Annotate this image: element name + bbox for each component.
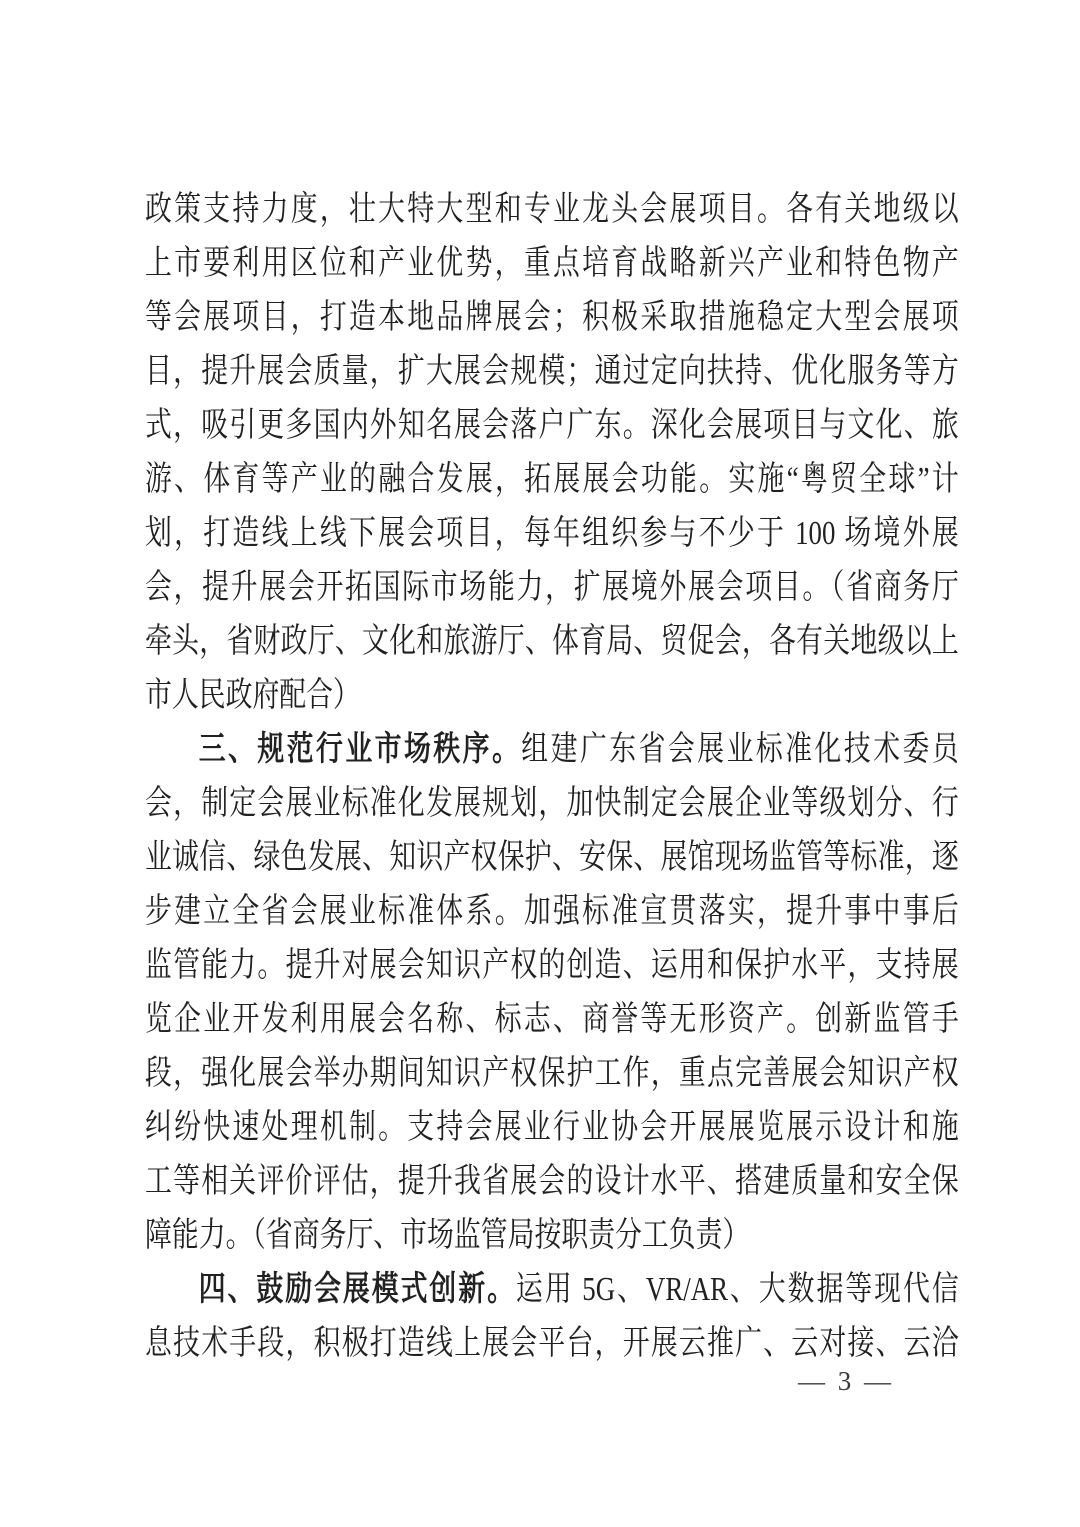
text-line-content: 政策支持力度，壮大特大型和专业龙头会展项目。各有关地级以 (145, 191, 959, 228)
text-line: 工等相关评价评估，提升我省展会的设计水平、搭建质量和安全保 (145, 1155, 959, 1209)
text-line-content: 组建广东省会展业标准化技术委员 (521, 731, 958, 768)
text-line-content: 运用 5G、VR/AR、大数据等现代信 (516, 1271, 959, 1308)
section-3-heading: 三、规范行业市场秩序。 (199, 731, 522, 768)
text-line-content: 障能力。（省商务厅、市场监管局按职责分工负责） (145, 1217, 749, 1254)
text-line: 段，强化展会举办期间知识产权保护工作，重点完善展会知识产权 (145, 1047, 959, 1101)
text-line-content: 上市要利用区位和产业优势，重点培育战略新兴产业和特色物产 (145, 245, 959, 282)
text-line-content: 牵头，省财政厅、文化和旅游厅、体育局、贸促会，各有关地级以上 (145, 623, 959, 660)
text-line-content: 息技术手段，积极打造线上展会平台，开展云推广、云对接、云洽 (145, 1325, 959, 1362)
text-line: 式，吸引更多国内外知名展会落户广东。深化会展项目与文化、旅 (145, 399, 959, 453)
text-line: 业诚信、绿色发展、知识产权保护、安保、展馆现场监管等标准，逐 (145, 831, 959, 885)
text-line-content: 式，吸引更多国内外知名展会落户广东。深化会展项目与文化、旅 (145, 407, 959, 444)
text-line-content: 等会展项目，打造本地品牌展会；积极采取措施稳定大型会展项 (145, 299, 959, 336)
text-line-content: 览企业开发利用展会名称、标志、商誉等无形资产。创新监管手 (145, 1001, 959, 1038)
text-line: 等会展项目，打造本地品牌展会；积极采取措施稳定大型会展项 (145, 291, 959, 345)
text-line-content: 游、体育等产业的融合发展，拓展展会功能。实施“粤贸全球”计 (145, 461, 959, 498)
text-line-section-4: 四、鼓励会展模式创新。运用 5G、VR/AR、大数据等现代信 (145, 1263, 959, 1317)
text-line: 息技术手段，积极打造线上展会平台，开展云推广、云对接、云洽 (145, 1317, 959, 1371)
text-line: 上市要利用区位和产业优势，重点培育战略新兴产业和特色物产 (145, 237, 959, 291)
text-line: 监管能力。提升对展会知识产权的创造、运用和保护水平，支持展 (145, 939, 959, 993)
text-line-content: 纠纷快速处理机制。支持会展业行业协会开展展览展示设计和施 (145, 1109, 959, 1146)
text-line-content: 步建立全省会展业标准体系。加强标准宣贯落实，提升事中事后 (145, 893, 959, 930)
text-line: 划，打造线上线下展会项目，每年组织参与不少于 100 场境外展 (145, 507, 959, 561)
text-line: 牵头，省财政厅、文化和旅游厅、体育局、贸促会，各有关地级以上 (145, 615, 959, 669)
text-line-content: 段，强化展会举办期间知识产权保护工作，重点完善展会知识产权 (145, 1055, 959, 1092)
page-number: — 3 — (798, 1364, 894, 1398)
text-line-content: 工等相关评价评估，提升我省展会的设计水平、搭建质量和安全保 (145, 1163, 959, 1200)
section-4-heading: 四、鼓励会展模式创新。 (199, 1271, 516, 1308)
text-line-paragraph-end: 市人民政府配合） (145, 669, 959, 723)
text-line: 目，提升展会质量，扩大展会规模；通过定向扶持、优化服务等方 (145, 345, 959, 399)
document-page: 政策支持力度，壮大特大型和专业龙头会展项目。各有关地级以 上市要利用区位和产业优… (0, 0, 1080, 1527)
text-line: 步建立全省会展业标准体系。加强标准宣贯落实，提升事中事后 (145, 885, 959, 939)
text-line: 览企业开发利用展会名称、标志、商誉等无形资产。创新监管手 (145, 993, 959, 1047)
text-line-content: 市人民政府配合） (145, 677, 360, 714)
text-line: 会，制定会展业标准化发展规划，加快制定会展企业等级划分、行 (145, 777, 959, 831)
text-line-content: 监管能力。提升对展会知识产权的创造、运用和保护水平，支持展 (145, 947, 959, 984)
text-line-content: 目，提升展会质量，扩大展会规模；通过定向扶持、优化服务等方 (145, 353, 959, 390)
text-line-content: 会，制定会展业标准化发展规划，加快制定会展企业等级划分、行 (145, 785, 959, 822)
text-line: 游、体育等产业的融合发展，拓展展会功能。实施“粤贸全球”计 (145, 453, 959, 507)
text-line-content: 会，提升展会开拓国际市场能力，扩展境外展会项目。（省商务厅 (145, 569, 959, 606)
text-line-paragraph-end: 障能力。（省商务厅、市场监管局按职责分工负责） (145, 1209, 959, 1263)
text-line: 政策支持力度，壮大特大型和专业龙头会展项目。各有关地级以 (145, 183, 959, 237)
document-text-block: 政策支持力度，壮大特大型和专业龙头会展项目。各有关地级以 上市要利用区位和产业优… (145, 183, 959, 1371)
text-line-content: 业诚信、绿色发展、知识产权保护、安保、展馆现场监管等标准，逐 (145, 839, 959, 876)
text-line: 纠纷快速处理机制。支持会展业行业协会开展展览展示设计和施 (145, 1101, 959, 1155)
text-line-section-3: 三、规范行业市场秩序。组建广东省会展业标准化技术委员 (145, 723, 959, 777)
text-line: 会，提升展会开拓国际市场能力，扩展境外展会项目。（省商务厅 (145, 561, 959, 615)
text-line-content: 划，打造线上线下展会项目，每年组织参与不少于 100 场境外展 (145, 515, 959, 552)
